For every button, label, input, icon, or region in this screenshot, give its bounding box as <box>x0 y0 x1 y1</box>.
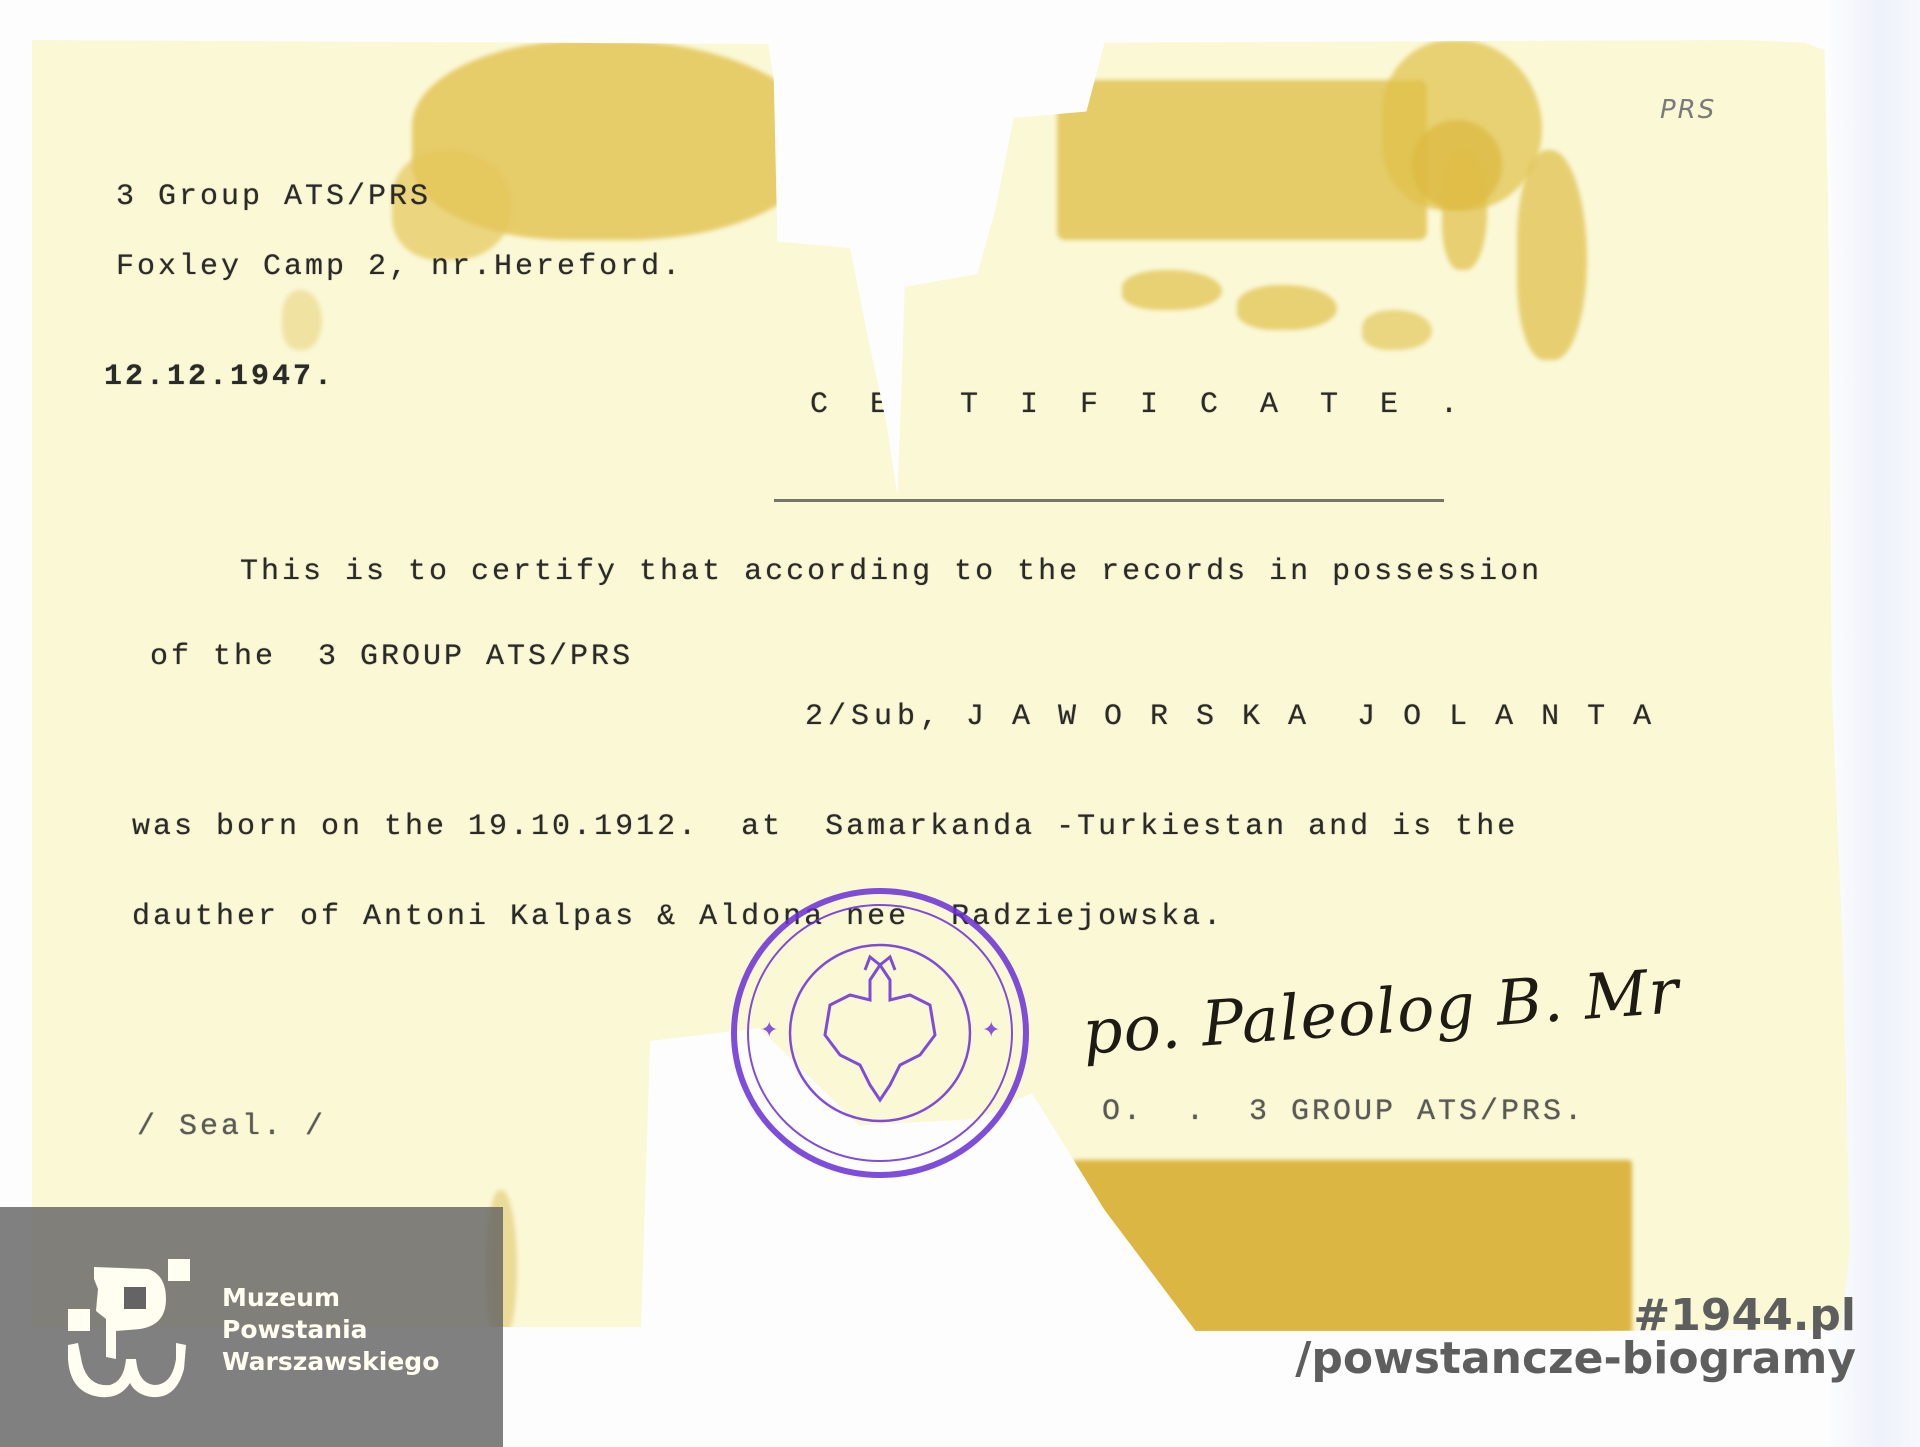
polska-walczaca-anchor-icon <box>68 1259 192 1399</box>
stain-drip-row-1 <box>1122 270 1222 310</box>
site-path: /powstancze-biogramy <box>1295 1333 1856 1384</box>
body-line-3: was born on the 19.10.1912. at Samarkand… <box>132 810 1518 844</box>
seal-label: / Seal. / <box>137 1110 326 1144</box>
stain-top-right-3 <box>1442 150 1487 270</box>
header-address: Foxley Camp 2, nr.Hereford. <box>116 250 683 284</box>
museum-watermark: Muzeum Powstania Warszawskiego <box>0 1207 503 1447</box>
body-line-2: of the 3 GROUP ATS/PRS <box>150 640 633 674</box>
svg-text:✦: ✦ <box>982 1018 1000 1043</box>
stain-drip-row-2 <box>1237 285 1337 330</box>
pencil-note: PRS <box>1660 95 1716 125</box>
stain-top-middle <box>1057 80 1427 240</box>
museum-name-line-1: Muzeum <box>222 1282 439 1314</box>
body-line-1: This is to certify that according to the… <box>240 555 1542 589</box>
stain-drip-row-3 <box>1362 310 1432 350</box>
body-line-4: dauther of Antoni Kalpas & Aldona nee Ra… <box>132 900 1224 934</box>
museum-name-line-3: Warszawskiego <box>222 1346 439 1378</box>
official-stamp: ✦ ✦ <box>720 875 1040 1185</box>
document-date: 12.12.1947. <box>104 360 335 394</box>
stain-top-right-4 <box>1517 150 1587 360</box>
rank-and-name: 2/Sub, J A W O R S K A J O L A N T A <box>805 700 1656 734</box>
header-unit: 3 Group ATS/PRS <box>116 180 431 214</box>
handwritten-signature: po. Paleolog B. Mr <box>1080 954 1681 1069</box>
title-underline <box>774 499 1444 502</box>
signatory-line: O. . 3 GROUP ATS/PRS. <box>1102 1095 1585 1129</box>
museum-name: Muzeum Powstania Warszawskiego <box>222 1282 439 1378</box>
stain-small-left <box>282 290 322 350</box>
museum-name-line-2: Powstania <box>222 1314 439 1346</box>
certificate-title: C E T I F I C A T E . <box>810 388 1470 422</box>
svg-text:✦: ✦ <box>760 1018 778 1043</box>
eagle-seal-icon: ✦ ✦ <box>720 875 1040 1185</box>
stain-bottom-right-tape <box>1072 1160 1632 1340</box>
